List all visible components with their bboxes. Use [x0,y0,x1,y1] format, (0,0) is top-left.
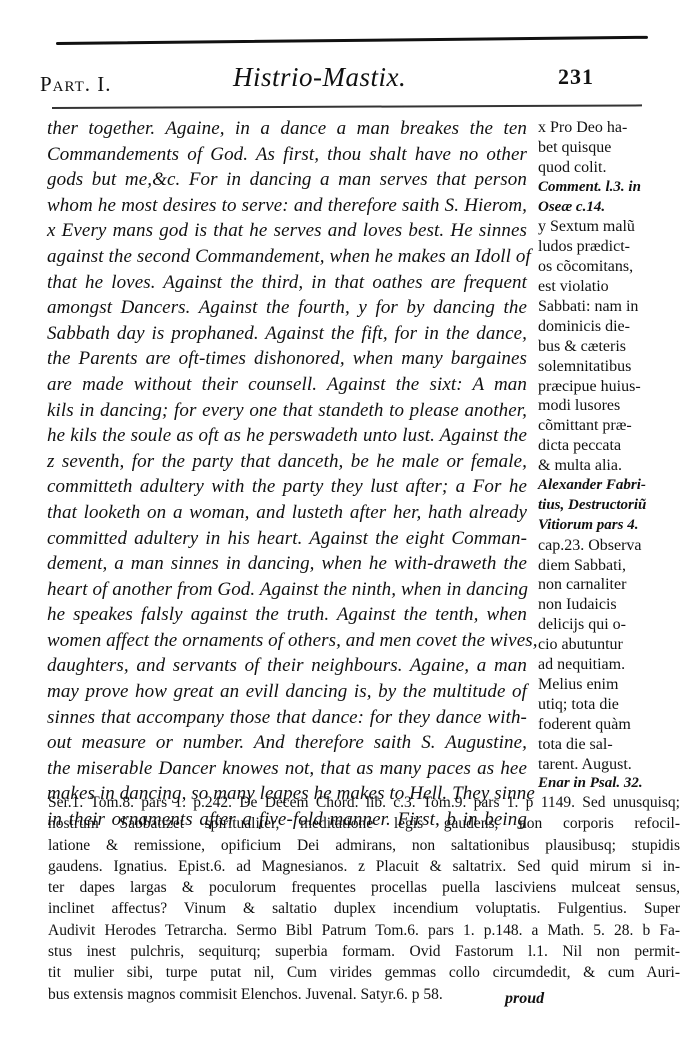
text-line: committed adultery in his heart. Against… [47,526,527,552]
page-number: 231 [558,64,594,90]
text-line: that he loves. Against the third, in tha… [47,270,527,296]
text-line: he speakes falsly against the truth. Aga… [47,602,527,628]
footnote-line: nostrum Sabbatizet spiritualiter, medita… [48,813,680,834]
margin-note-line: bet quisque [538,138,688,158]
margin-note-line: os cõcomitans, [538,257,688,277]
text-line: x Every mans god is that he serves and l… [47,218,527,244]
margin-note-line: Comment. l.3. in [538,178,688,198]
margin-note-line: delicijs qui o- [538,615,688,635]
text-line: gods but me,&c. For in dancing a man ser… [47,167,527,193]
footnote-line: inclinet affectus? Vinum & saltatio dupl… [48,898,680,919]
text-line: whom he most desires to serve: and there… [47,193,527,219]
footnote-line: gaudens. Ignatius. Epist.6. ad Magnesian… [48,856,680,877]
margin-note-line: ludos prædict- [538,237,688,257]
margin-note-line: ad nequitiam. [538,655,688,675]
text-line: committeth adultery with the party they … [47,474,527,500]
text-line: against the second Commandement, when he… [47,244,527,270]
text-line: kils in dancing; for every one that stan… [47,398,527,424]
text-line: dement, a man sinnes in dancing, when he… [47,551,527,577]
margin-note-line: y Sextum malũ [538,217,688,237]
margin-note-line: modi lusores [538,396,688,416]
margin-note-line: diem Sabbati, [538,556,688,576]
margin-note-line: Sabbati: nam in [538,297,688,317]
margin-note-line: & multa alia. [538,456,688,476]
margin-note-line: cõmittant præ- [538,416,688,436]
footnote-line: bus extensis magnos commisit Elenchos. J… [48,984,680,1005]
margin-note-line: utiq; tota die [538,695,688,715]
text-line: the Parents are oft-times dishonored, wh… [47,346,527,372]
footnote-line: tit mulier sibi, turpe putat nil, Cum vi… [48,962,680,983]
text-line: that looketh on a woman, and lusteth aft… [47,500,527,526]
margin-note-line: non carnaliter [538,575,688,595]
margin-note-line: dominicis die- [538,317,688,337]
text-line: amongst Dancers. Against the fourth, y f… [47,295,527,321]
margin-note-line: Oseæ c.14. [538,198,688,218]
margin-note-line: tius, Destructoriũ [538,496,688,516]
part-label: Part. I. [40,72,112,97]
text-line: ther together. Againe, in a dance a man … [47,116,527,142]
text-line: out measure or number. And therefore sai… [47,730,527,756]
margin-note-line: cio abutuntur [538,635,688,655]
running-title: Histrio-Mastix. [233,62,406,93]
text-line: are made without their counsell. Against… [47,372,527,398]
margin-note-line: tarent. August. [538,755,688,775]
margin-note-line: Alexander Fabri- [538,476,688,496]
header-rule [52,104,642,108]
margin-note-line: Vitiorum pars 4. [538,516,688,536]
footnote-line: latione & remissione, opificium Dei admi… [48,835,680,856]
catchword: proud [505,990,544,1008]
margin-note-line: tota die sal- [538,735,688,755]
footnote-line: Ser.1. Tom.8. pars 1. p.242. De Decem Ch… [48,792,680,813]
text-line: z seventh, for the party that danceth, b… [47,449,527,475]
main-text-column: ther together. Againe, in a dance a man … [47,116,527,833]
margin-note-line: præcipue huius- [538,377,688,397]
margin-note-line: foderent quàm [538,715,688,735]
margin-note-line: solemnitatibus [538,357,688,377]
text-line: may prove how great an evill dancing is,… [47,679,527,705]
text-line: sinnes that accompany those that dance: … [47,705,527,731]
margin-note-line: Melius enim [538,675,688,695]
margin-note-line: x Pro Deo ha- [538,118,688,138]
margin-note-line: non Iudaicis [538,595,688,615]
margin-note-line: est violatio [538,277,688,297]
text-line: he kils the soule as oft as he perswadet… [47,423,527,449]
footnotes: Ser.1. Tom.8. pars 1. p.242. De Decem Ch… [48,792,680,1005]
top-rule [56,36,648,45]
margin-note-line: dicta peccata [538,436,688,456]
text-line: heart of another from God. Against the n… [47,577,527,603]
footnote-line: stus inest pulchris, sequiturq; superbia… [48,941,680,962]
footnote-line: ter dapes largas & poculorum frequentes … [48,877,680,898]
text-line: Commandements of God. As first, thou sha… [47,142,527,168]
text-line: women affect the ornaments of others, an… [47,628,527,654]
text-line: the miserable Dancer knowes not, that as… [47,756,527,782]
text-line: daughters, and servants of their neighbo… [47,653,527,679]
margin-note-line: bus & cæteris [538,337,688,357]
margin-note-line: cap.23. Observa [538,536,688,556]
margin-notes: x Pro Deo ha-bet quisquequod colit.Comme… [538,118,688,794]
margin-note-line: quod colit. [538,158,688,178]
text-line: Sabbath day is prophaned. Against the fi… [47,321,527,347]
footnote-line: Audivit Herodes Tetrarcha. Sermo Bibl Pa… [48,920,680,941]
running-header: Part. I. Histrio-Mastix. 231 [0,60,692,100]
